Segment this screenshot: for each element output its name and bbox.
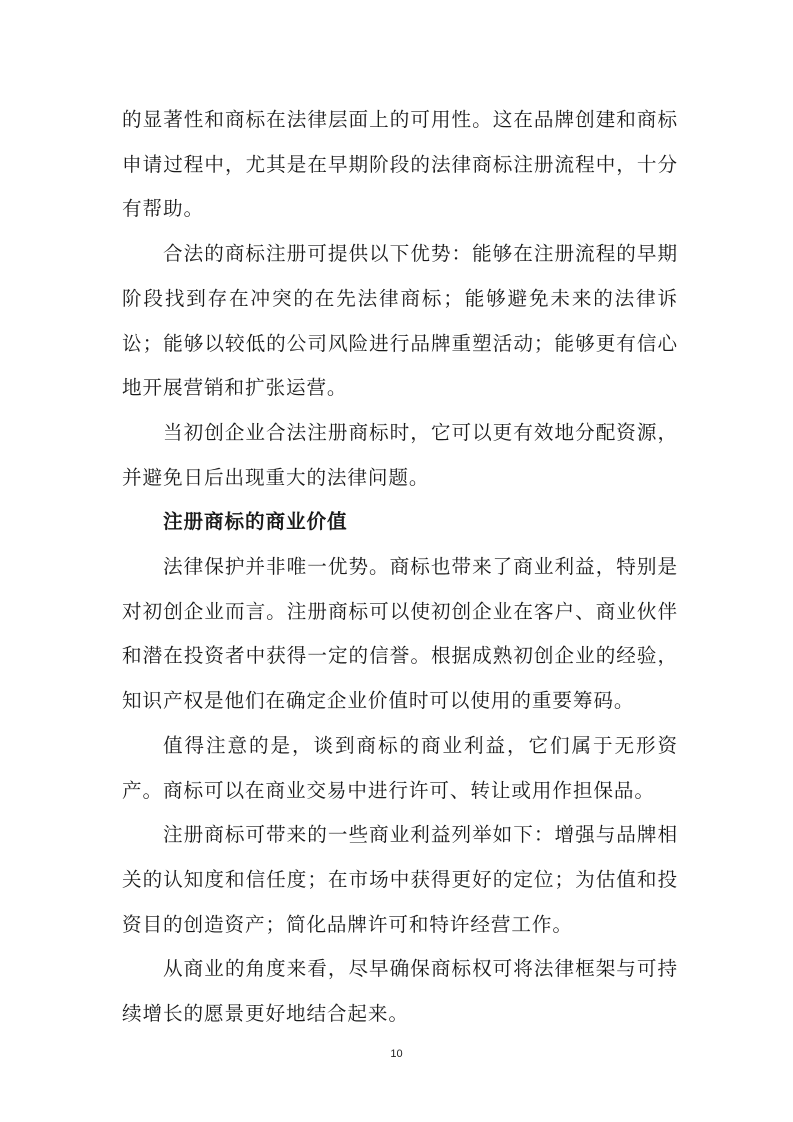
paragraph-continuation: 的显著性和商标在法律层面上的可用性。这在品牌创建和商标申请过程中，尤其是在早期阶… bbox=[122, 98, 678, 232]
paragraph-advantages: 合法的商标注册可提供以下优势：能够在注册流程的早期阶段找到存在冲突的在先法律商标… bbox=[122, 232, 678, 411]
paragraph-commercial-benefits: 法律保护并非唯一优势。商标也带来了商业利益，特别是对初创企业而言。注册商标可以使… bbox=[122, 545, 678, 724]
paragraph-resources: 当初创企业合法注册商标时，它可以更有效地分配资源，并避免日后出现重大的法律问题。 bbox=[122, 411, 678, 500]
paragraph-conclusion: 从商业的角度来看，尽早确保商标权可将法律框架与可持续增长的愿景更好地结合起来。 bbox=[122, 947, 678, 1036]
paragraph-benefit-list: 注册商标可带来的一些商业利益列举如下：增强与品牌相关的认知度和信任度；在市场中获… bbox=[122, 813, 678, 947]
document-page: 的显著性和商标在法律层面上的可用性。这在品牌创建和商标申请过程中，尤其是在早期阶… bbox=[122, 98, 678, 1037]
page-number: 10 bbox=[0, 1048, 793, 1060]
section-heading: 注册商标的商业价值 bbox=[122, 500, 678, 545]
paragraph-intangible-assets: 值得注意的是，谈到商标的商业利益，它们属于无形资产。商标可以在商业交易中进行许可… bbox=[122, 724, 678, 813]
